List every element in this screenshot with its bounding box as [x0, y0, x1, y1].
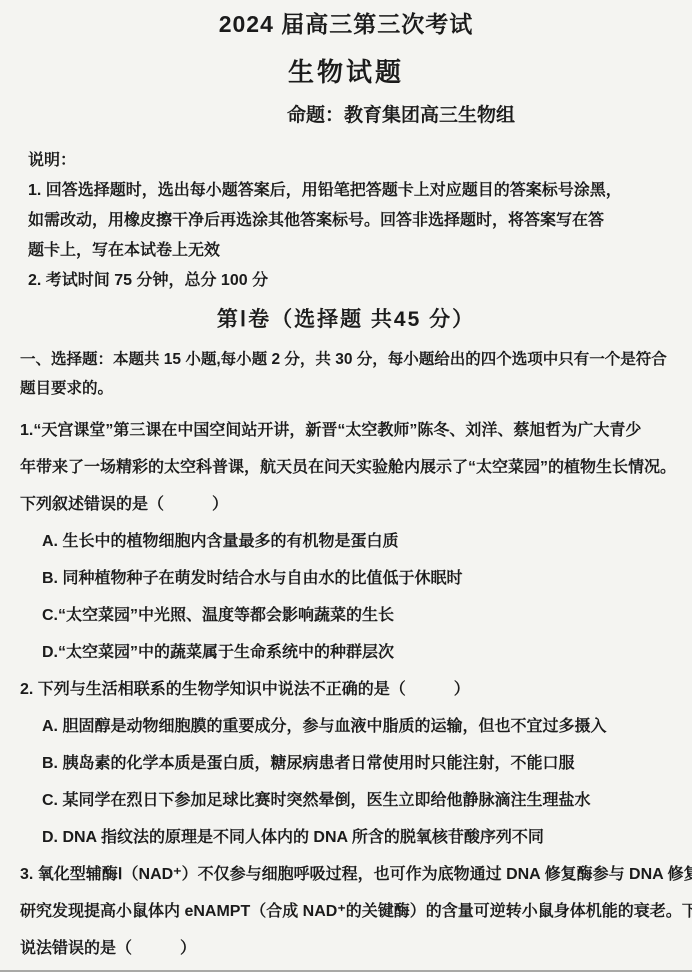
question-1-option-c: C.“太空菜园”中光照、温度等都会影响蔬菜的生长: [20, 597, 678, 634]
question-1-stem-line1: 1.“天宫课堂”第三课在中国空间站开讲，新晋“太空教师”陈冬、刘洋、蔡旭哲为广大…: [20, 412, 678, 449]
question-1-option-b: B. 同种植物种子在萌发时结合水与自由水的比值低于休眠时: [20, 560, 678, 597]
question-3-stem-line3: 说法错误的是（ ）: [20, 930, 678, 967]
question-1-option-d: D.“太空菜园”中的蔬菜属于生命系统中的种群层次: [20, 634, 678, 671]
section1-intro-line1: 一、选择题：本题共 15 小题,每小题 2 分，共 30 分，每小题给出的四个选…: [20, 345, 676, 374]
section1-heading: 第Ⅰ卷（选择题 共45 分）: [0, 304, 692, 336]
exam-paper-page: 2024 届高三第三次考试 生物试题 命题：教育集团高三生物组 说明： 1. 回…: [0, 0, 692, 972]
page-title: 2024 届高三第三次考试: [0, 0, 692, 40]
question-1-stem-line2: 年带来了一场精彩的太空科普课，航天员在问天实验舱内展示了“太空菜园”的植物生长情…: [20, 449, 678, 486]
instruction-item1-line2: 如需改动，用橡皮擦干净后再选涂其他答案标号。回答非选择题时，将答案写在答: [28, 206, 674, 236]
instruction-item1-line3: 题卡上，写在本试卷上无效: [28, 236, 674, 266]
question-2-option-a: A. 胆固醇是动物细胞膜的重要成分，参与血液中脂质的运输，但也不宜过多摄入: [20, 708, 678, 745]
byline-exam-setter: 命题：教育集团高三生物组: [0, 103, 692, 129]
instruction-item2: 2. 考试时间 75 分钟，总分 100 分: [28, 266, 674, 296]
question-1-option-a: A. 生长中的植物细胞内含量最多的有机物是蛋白质: [20, 523, 678, 560]
instruction-item1-line1: 1. 回答选择题时，选出每小题答案后，用铅笔把答题卡上对应题目的答案标号涂黑，: [28, 176, 674, 206]
section1-intro: 一、选择题：本题共 15 小题,每小题 2 分，共 30 分，每小题给出的四个选…: [0, 345, 692, 403]
question-1-stem-line3: 下列叙述错误的是（ ）: [20, 486, 678, 523]
question-3: 3. 氧化型辅酶Ⅰ（NAD⁺）不仅参与细胞呼吸过程，也可作为底物通过 DNA 修…: [20, 856, 678, 967]
instructions-label: 说明：: [28, 146, 674, 176]
question-1: 1.“天宫课堂”第三课在中国空间站开讲，新晋“太空教师”陈冬、刘洋、蔡旭哲为广大…: [20, 412, 678, 671]
question-2-option-b: B. 胰岛素的化学本质是蛋白质，糖尿病患者日常使用时只能注射，不能口服: [20, 745, 678, 782]
question-2: 2. 下列与生活相联系的生物学知识中说法不正确的是（ ） A. 胆固醇是动物细胞…: [20, 671, 678, 856]
question-3-stem-line2: 研究发现提高小鼠体内 eNAMPT（合成 NAD⁺的关键酶）的含量可逆转小鼠身体…: [20, 893, 678, 930]
section1-intro-line2: 题目要求的。: [20, 374, 676, 403]
question-3-stem-line1: 3. 氧化型辅酶Ⅰ（NAD⁺）不仅参与细胞呼吸过程，也可作为底物通过 DNA 修…: [20, 856, 678, 893]
question-2-option-c: C. 某同学在烈日下参加足球比赛时突然晕倒，医生立即给他静脉滴注生理盐水: [20, 782, 678, 819]
questions-block: 1.“天宫课堂”第三课在中国空间站开讲，新晋“太空教师”陈冬、刘洋、蔡旭哲为广大…: [0, 412, 692, 967]
instructions-block: 说明： 1. 回答选择题时，选出每小题答案后，用铅笔把答题卡上对应题目的答案标号…: [0, 146, 692, 296]
question-2-stem-line1: 2. 下列与生活相联系的生物学知识中说法不正确的是（ ）: [20, 671, 678, 708]
question-2-option-d: D. DNA 指纹法的原理是不同人体内的 DNA 所含的脱氧核苷酸序列不同: [20, 819, 678, 856]
subject-title: 生物试题: [0, 54, 692, 90]
